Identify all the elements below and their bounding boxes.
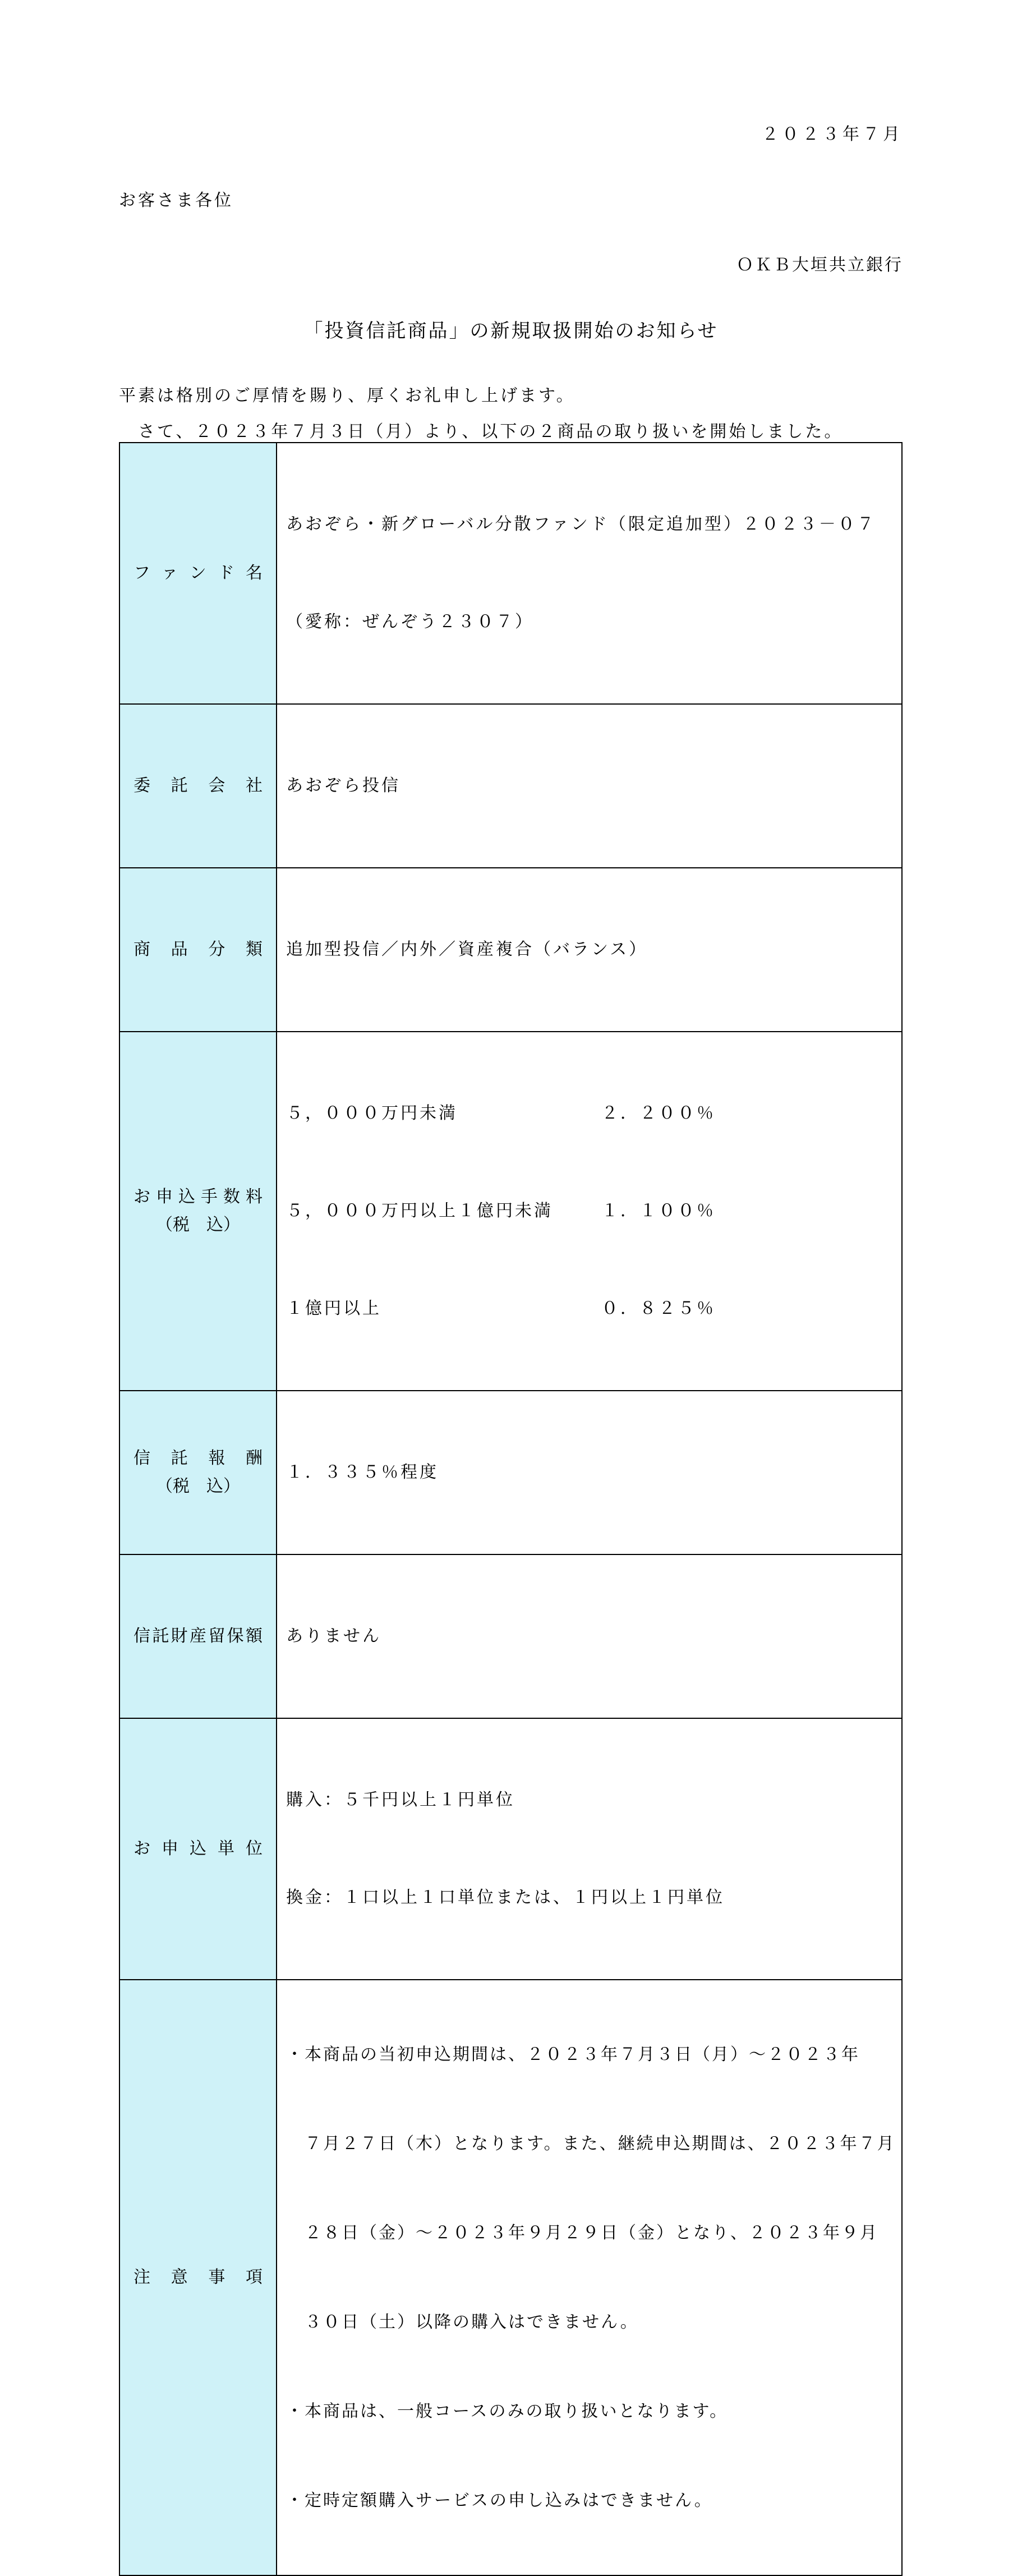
document-page: { "doc": { "date": "２０２３年７月", "recipient…: [0, 0, 1022, 1423]
reserve-label-cell: 信託財産留保額: [119, 1554, 277, 1718]
reserve-value-cell: ありません: [277, 1554, 902, 1718]
notes-label-cell: 注意事項: [119, 1980, 277, 2575]
table-row-notes: 注意事項 ・本商品の当初申込期間は、２０２３年７月３日（月）～２０２３年 ７月２…: [119, 1980, 902, 2575]
fund-details-table: ファンド名 あおぞら・新グローバル分散ファンド（限定追加型）２０２３－０７ （愛…: [119, 442, 903, 2576]
fee-value-cell: ５，０００万円未満 ２．２００％ ５，０００万円以上１億円未満 １．１００％ １…: [277, 1032, 902, 1391]
note-line: ・本商品は、一般コースのみの取り扱いとなります。: [286, 2396, 897, 2426]
reserve-value: ありません: [286, 1620, 897, 1653]
note-line: ・本商品の当初申込期間は、２０２３年７月３日（月）～２０２３年: [286, 2040, 897, 2069]
note-line: ２８日（金）～２０２３年９月２９日（金）となり、２０２３年９月: [286, 2218, 897, 2248]
trust-fee-label-cell: 信託報酬 （税 込）: [119, 1391, 277, 1554]
fund-name-line1: あおぞら・新グローバル分散ファンド（限定追加型）２０２３－０７: [286, 508, 897, 541]
note-line: ・定時定額購入サービスの申し込みはできません。: [286, 2486, 897, 2515]
note-line: ３０日（土）以降の購入はできません。: [286, 2307, 897, 2337]
fee-tier-rate: １．１００％: [601, 1195, 897, 1227]
company-value-cell: あおぞら投信: [277, 704, 902, 868]
sender-bank-name: ＯＫＢ大垣共立銀行: [736, 254, 903, 277]
category-value-cell: 追加型投信／内外／資産複合（バランス）: [277, 868, 902, 1032]
fee-tier-row: ５，０００万円以上１億円未満 １．１００％: [286, 1195, 897, 1227]
fee-tier-rate: ０．８２５％: [601, 1292, 897, 1325]
trust-fee-value-cell: １．３３５％程度: [277, 1391, 902, 1554]
company-label: 委託会社: [133, 772, 263, 800]
fund-name-label: ファンド名: [133, 559, 263, 587]
fund-name-line2: （愛称：ぜんぞう２３０７）: [286, 606, 897, 638]
fee-tier-condition: １億円以上: [286, 1292, 601, 1325]
table-row-application-fee: お申込手数料 （税 込） ５，０００万円未満 ２．２００％ ５，０００万円以上１…: [119, 1032, 902, 1391]
greeting-paragraph: 平素は格別のご厚情を賜り、厚くお礼申し上げます。: [119, 385, 576, 407]
company-label-cell: 委託会社: [119, 704, 277, 868]
unit-label: お申込単位: [133, 1835, 263, 1863]
notes-label: 注意事項: [133, 2264, 263, 2292]
fund-name-label-cell: ファンド名: [119, 443, 277, 704]
fee-label-line2: （税 込）: [133, 1211, 263, 1239]
table-row-company: 委託会社 あおぞら投信: [119, 704, 902, 868]
fee-tier-condition: ５，０００万円未満: [286, 1097, 601, 1130]
table-row-trust-fee: 信託報酬 （税 込） １．３３５％程度: [119, 1391, 902, 1554]
unit-redemption-line: 換金：１口以上１口単位または、１円以上１円単位: [286, 1882, 897, 1914]
recipient-line: お客さま各位: [119, 190, 233, 212]
note-line: ７月２７日（木）となります。また、継続申込期間は、２０２３年７月: [286, 2129, 897, 2159]
category-label-cell: 商品分類: [119, 868, 277, 1032]
category-label: 商品分類: [133, 936, 263, 964]
trust-fee-label-line2: （税 込）: [133, 1473, 263, 1501]
table-row-application-unit: お申込単位 購入：５千円以上１円単位 換金：１口以上１口単位または、１円以上１円…: [119, 1718, 902, 1980]
intro-paragraph: さて、２０２３年７月３日（月）より、以下の２商品の取り扱いを開始しました。: [119, 421, 843, 443]
fee-tier-condition: ５，０００万円以上１億円未満: [286, 1195, 601, 1227]
notes-value-cell: ・本商品の当初申込期間は、２０２３年７月３日（月）～２０２３年 ７月２７日（木）…: [277, 1980, 902, 2575]
category-value: 追加型投信／内外／資産複合（バランス）: [286, 933, 897, 966]
unit-purchase-line: 購入：５千円以上１円単位: [286, 1784, 897, 1816]
fee-tier-row: １億円以上 ０．８２５％: [286, 1292, 897, 1325]
reserve-label: 信託財産留保額: [133, 1622, 263, 1650]
notice-document: ２０２３年７月 お客さま各位 ＯＫＢ大垣共立銀行 「投資信託商品」の新規取扱開始…: [119, 0, 903, 1423]
fee-label-cell: お申込手数料 （税 込）: [119, 1032, 277, 1391]
document-date: ２０２３年７月: [762, 123, 903, 146]
trust-fee-label-line1: 信託報酬: [133, 1445, 263, 1473]
table-row-reserve-amount: 信託財産留保額 ありません: [119, 1554, 902, 1718]
unit-label-cell: お申込単位: [119, 1718, 277, 1980]
table-row-fund-name: ファンド名 あおぞら・新グローバル分散ファンド（限定追加型）２０２３－０７ （愛…: [119, 443, 902, 704]
fee-label-line1: お申込手数料: [133, 1183, 263, 1211]
fee-tier-row: ５，０００万円未満 ２．２００％: [286, 1097, 897, 1130]
unit-value-cell: 購入：５千円以上１円単位 換金：１口以上１口単位または、１円以上１円単位: [277, 1718, 902, 1980]
fund-name-value-cell: あおぞら・新グローバル分散ファンド（限定追加型）２０２３－０７ （愛称：ぜんぞう…: [277, 443, 902, 704]
fee-tier-rate: ２．２００％: [601, 1097, 897, 1130]
table-row-category: 商品分類 追加型投信／内外／資産複合（バランス）: [119, 868, 902, 1032]
company-value: あおぞら投信: [286, 770, 897, 802]
page-title: 「投資信託商品」の新規取扱開始のお知らせ: [119, 320, 903, 342]
trust-fee-value: １．３３５％程度: [286, 1456, 897, 1489]
